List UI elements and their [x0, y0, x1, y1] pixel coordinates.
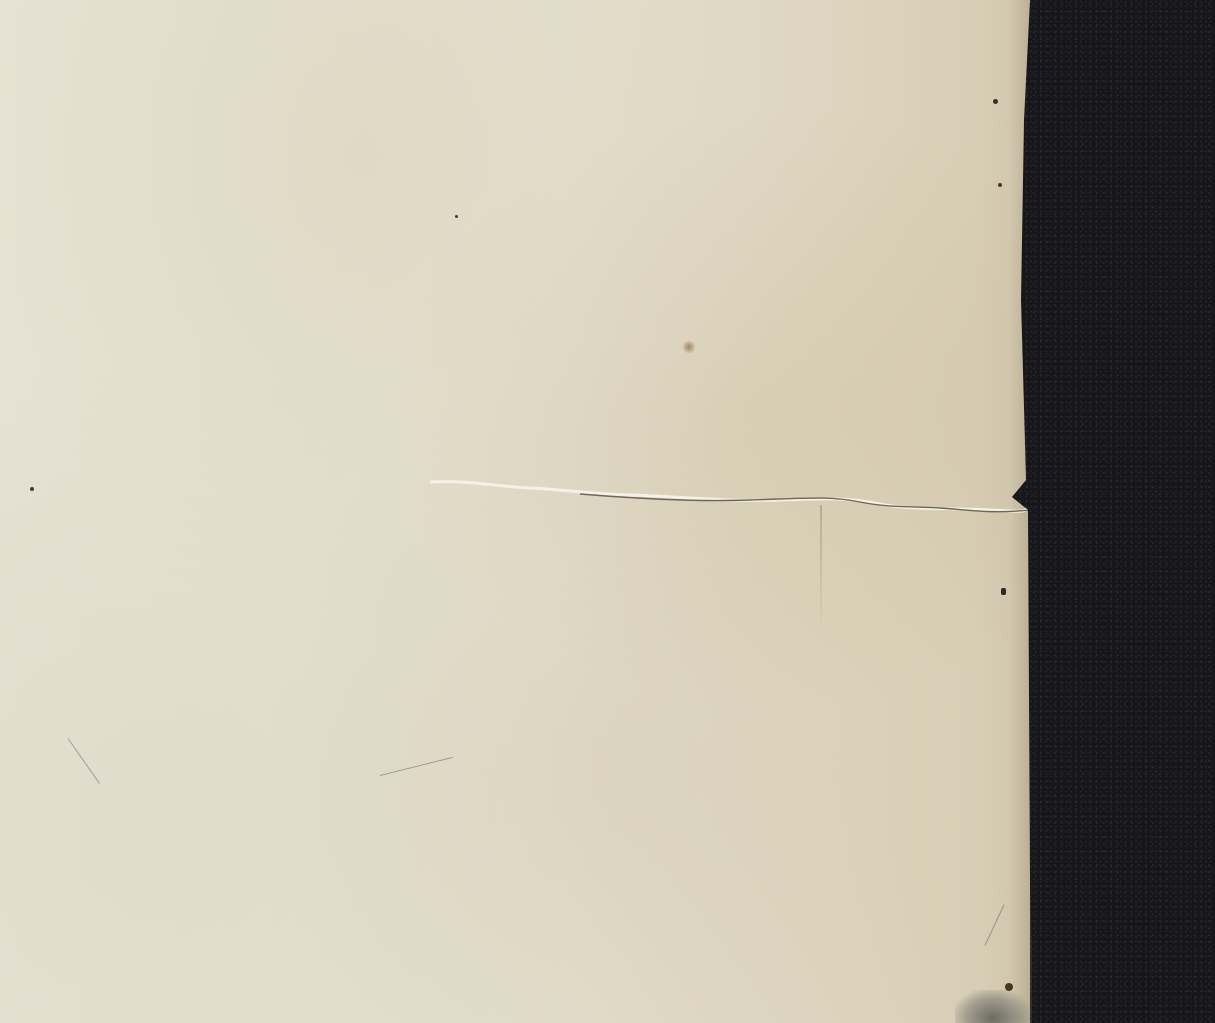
ink-dot — [30, 487, 34, 491]
photo-scene — [0, 0, 1215, 1023]
ink-dot — [993, 99, 998, 104]
ink-dot — [1001, 588, 1006, 595]
foxing-spot — [683, 341, 695, 353]
pencil-mark — [380, 757, 453, 776]
paper-tear — [430, 478, 1030, 518]
pencil-mark — [68, 738, 100, 784]
pencil-mark — [985, 905, 1005, 946]
paper-crease — [820, 505, 822, 635]
ink-dot — [455, 215, 458, 218]
dark-smudge — [955, 990, 1030, 1023]
ink-dot — [998, 183, 1002, 187]
paper-sheet — [0, 0, 1030, 1023]
